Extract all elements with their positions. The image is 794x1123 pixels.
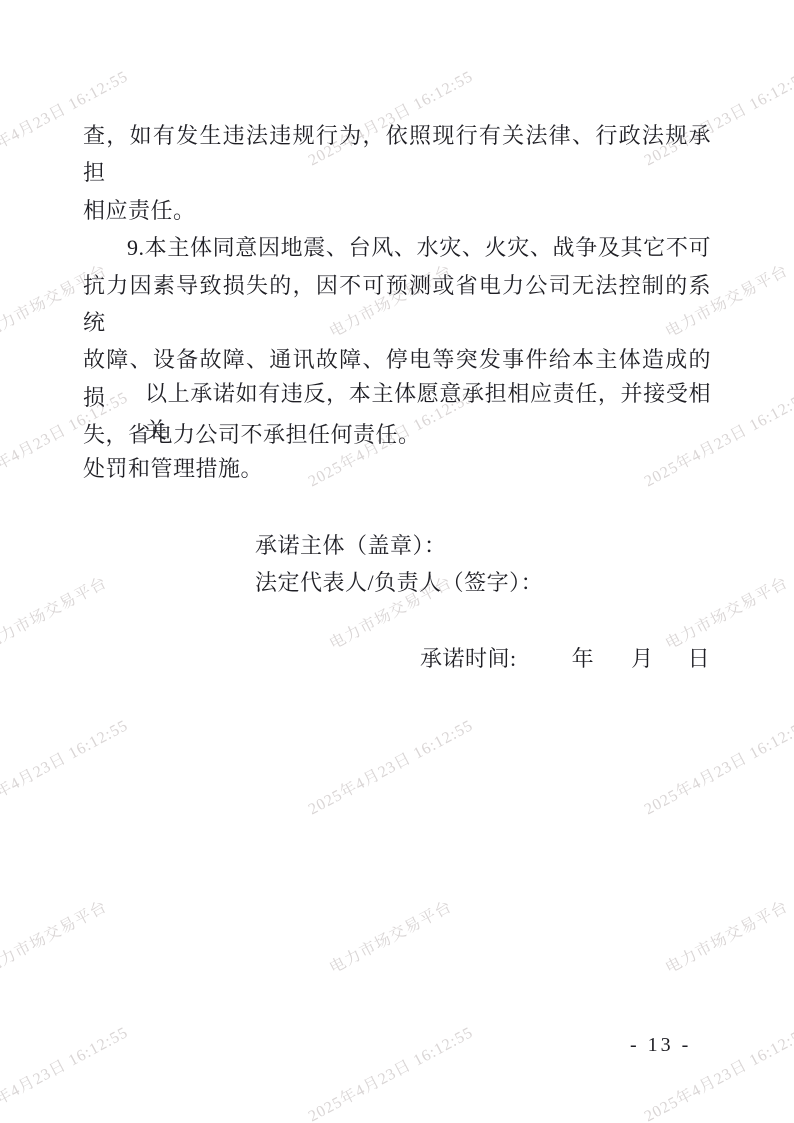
- commit-time-label: 承诺时间:: [420, 646, 517, 671]
- watermark-datetime: 2025年4月23日 16:12:55: [0, 1020, 132, 1123]
- year-label: 年: [572, 646, 595, 671]
- body-line: 9.本主体同意因地震、台风、水灾、火灾、战争及其它不可: [83, 229, 711, 266]
- watermark-platform: 电力市场交易平台: [0, 894, 110, 978]
- page-number: - 13 -: [630, 1034, 691, 1057]
- body-line: 以上承诺如有违反，本主体愿意承担相应责任，并接受相关: [83, 375, 711, 450]
- watermark-platform: 电力市场交易平台: [0, 570, 110, 654]
- watermark-datetime: 2025年4月23日 16:12:55: [639, 713, 794, 820]
- day-label: 日: [688, 646, 711, 671]
- body-line: 抗力因素导致损失的，因不可预测或省电力公司无法控制的系统: [83, 267, 711, 342]
- seal-label: 承诺主体（盖章）：: [255, 527, 543, 564]
- watermark-datetime: 2025年4月23日 16:12:55: [303, 1020, 476, 1123]
- watermark-platform: 电力市场交易平台: [325, 894, 456, 978]
- document-page: 2025年4月23日 16:12:55电力市场交易平台2025年4月23日 16…: [0, 0, 794, 1123]
- body-paragraph-2: 以上承诺如有违反，本主体愿意承担相应责任，并接受相关 处罚和管理措施。: [83, 375, 711, 487]
- body-line: 查，如有发生违法违规行为，依照现行有关法律、行政法规承担: [83, 117, 711, 192]
- commit-time-line: 承诺时间: 年 月 日: [420, 640, 710, 677]
- watermark-platform: 电力市场交易平台: [661, 894, 792, 978]
- legal-rep-label: 法定代表人/负责人（签字）：: [255, 564, 543, 601]
- signature-block: 承诺主体（盖章）： 法定代表人/负责人（签字）：: [255, 527, 543, 602]
- body-line: 处罚和管理措施。: [83, 450, 711, 487]
- watermark-datetime: 2025年4月23日 16:12:55: [303, 713, 476, 820]
- month-label: 月: [631, 646, 654, 671]
- body-line: 相应责任。: [83, 192, 711, 229]
- watermark-datetime: 2025年4月23日 16:12:55: [0, 713, 132, 820]
